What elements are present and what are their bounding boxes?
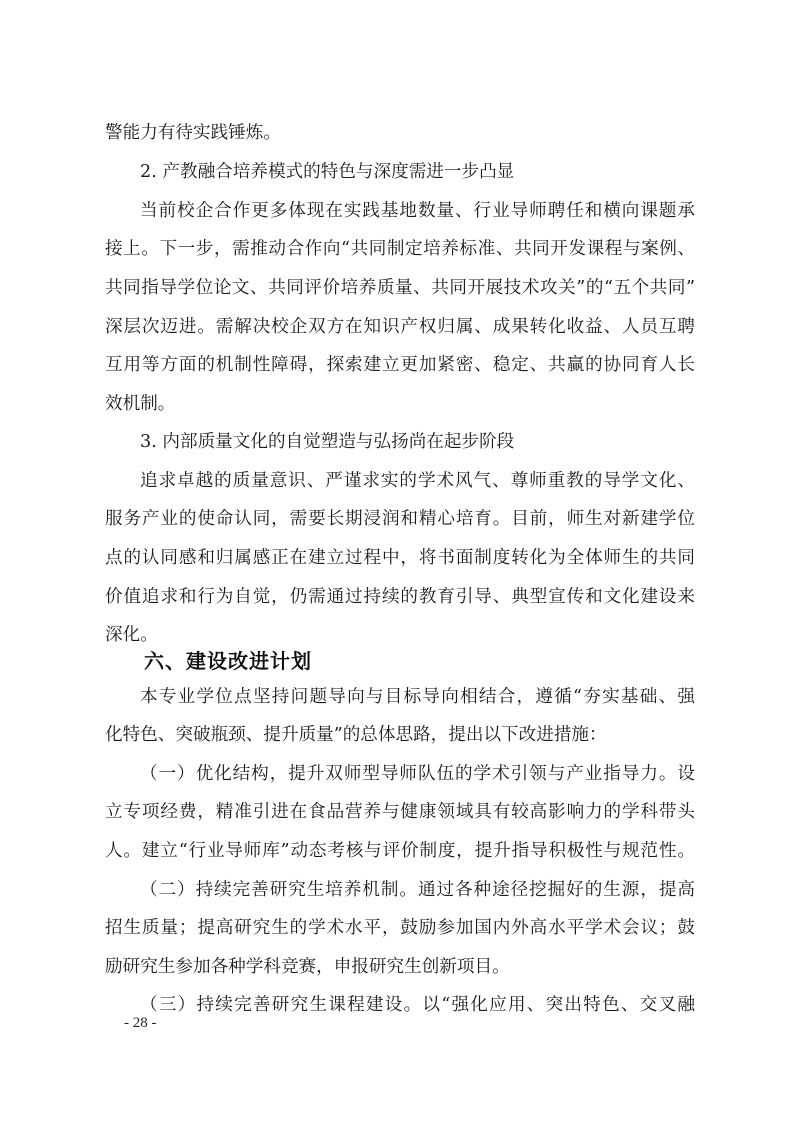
document-page: 警能力有待实践锤炼。2. 产教融合培养模式的特色与深度需进一步凸显当前校企合作更… xyxy=(0,0,794,1123)
text-line: 深化。 xyxy=(105,622,695,648)
text-line: 接上。下一步，需推动合作向“共同制定培养标准、共同开发课程与案例、 xyxy=(105,236,695,262)
text-line: 服务产业的使命认同，需要长期浸润和精心培育。目前，师生对新建学位 xyxy=(105,506,695,532)
text-line: 当前校企合作更多体现在实践基地数量、行业导师聘任和横向课题承 xyxy=(140,198,695,224)
text-line: 招生质量；提高研究生的学术水平，鼓励参加国内外高水平学术会议；鼓 xyxy=(105,915,695,941)
text-line: 效机制。 xyxy=(105,391,695,417)
text-line: 本专业学位点坚持问题导向与目标导向相结合，遵循“夯实基础、强 xyxy=(140,684,695,710)
text-line: 追求卓越的质量意识、严谨求实的学术风气、尊师重教的导学文化、 xyxy=(140,468,695,494)
text-line: （二）持续完善研究生培养机制。通过各种途径挖掘好的生源，提高 xyxy=(140,877,695,903)
page-number: - 28 - xyxy=(124,1013,157,1033)
text-line: 立专项经费，精准引进在食品营养与健康领域具有较高影响力的学科带头 xyxy=(105,799,695,825)
text-line: 2. 产教融合培养模式的特色与深度需进一步凸显 xyxy=(140,159,695,185)
text-line: 3. 内部质量文化的自觉塑造与弘扬尚在起步阶段 xyxy=(140,429,695,455)
text-line: 励研究生参加各种学科竞赛，申报研究生创新项目。 xyxy=(105,954,695,980)
text-line: （一）优化结构，提升双师型导师队伍的学术引领与产业指导力。设 xyxy=(140,761,695,787)
text-line: 化特色、突破瓶颈、提升质量”的总体思路，提出以下改进措施： xyxy=(105,722,695,748)
text-line: 点的认同感和归属感正在建立过程中，将书面制度转化为全体师生的共同 xyxy=(105,545,695,571)
text-line: 深层次迈进。需解决校企双方在知识产权归属、成果转化收益、人员互聘 xyxy=(105,314,695,340)
text-line: 人。建立“行业导师库”动态考核与评价制度，提升指导积极性与规范性。 xyxy=(105,838,695,864)
text-line: 价值追求和行为自觉，仍需通过持续的教育引导、典型宣传和文化建设来 xyxy=(105,584,695,610)
text-line: （三）持续完善研究生课程建设。以“强化应用、突出特色、交叉融 xyxy=(140,992,695,1018)
text-line: 共同指导学位论文、共同评价培养质量、共同开展技术攻关”的“五个共同” xyxy=(105,275,695,301)
text-line: 互用等方面的机制性障碍，探索建立更加紧密、稳定、共赢的协同育人长 xyxy=(105,352,695,378)
section-heading: 六、建设改进计划 xyxy=(144,647,312,675)
text-line: 警能力有待实践锤炼。 xyxy=(105,120,695,146)
